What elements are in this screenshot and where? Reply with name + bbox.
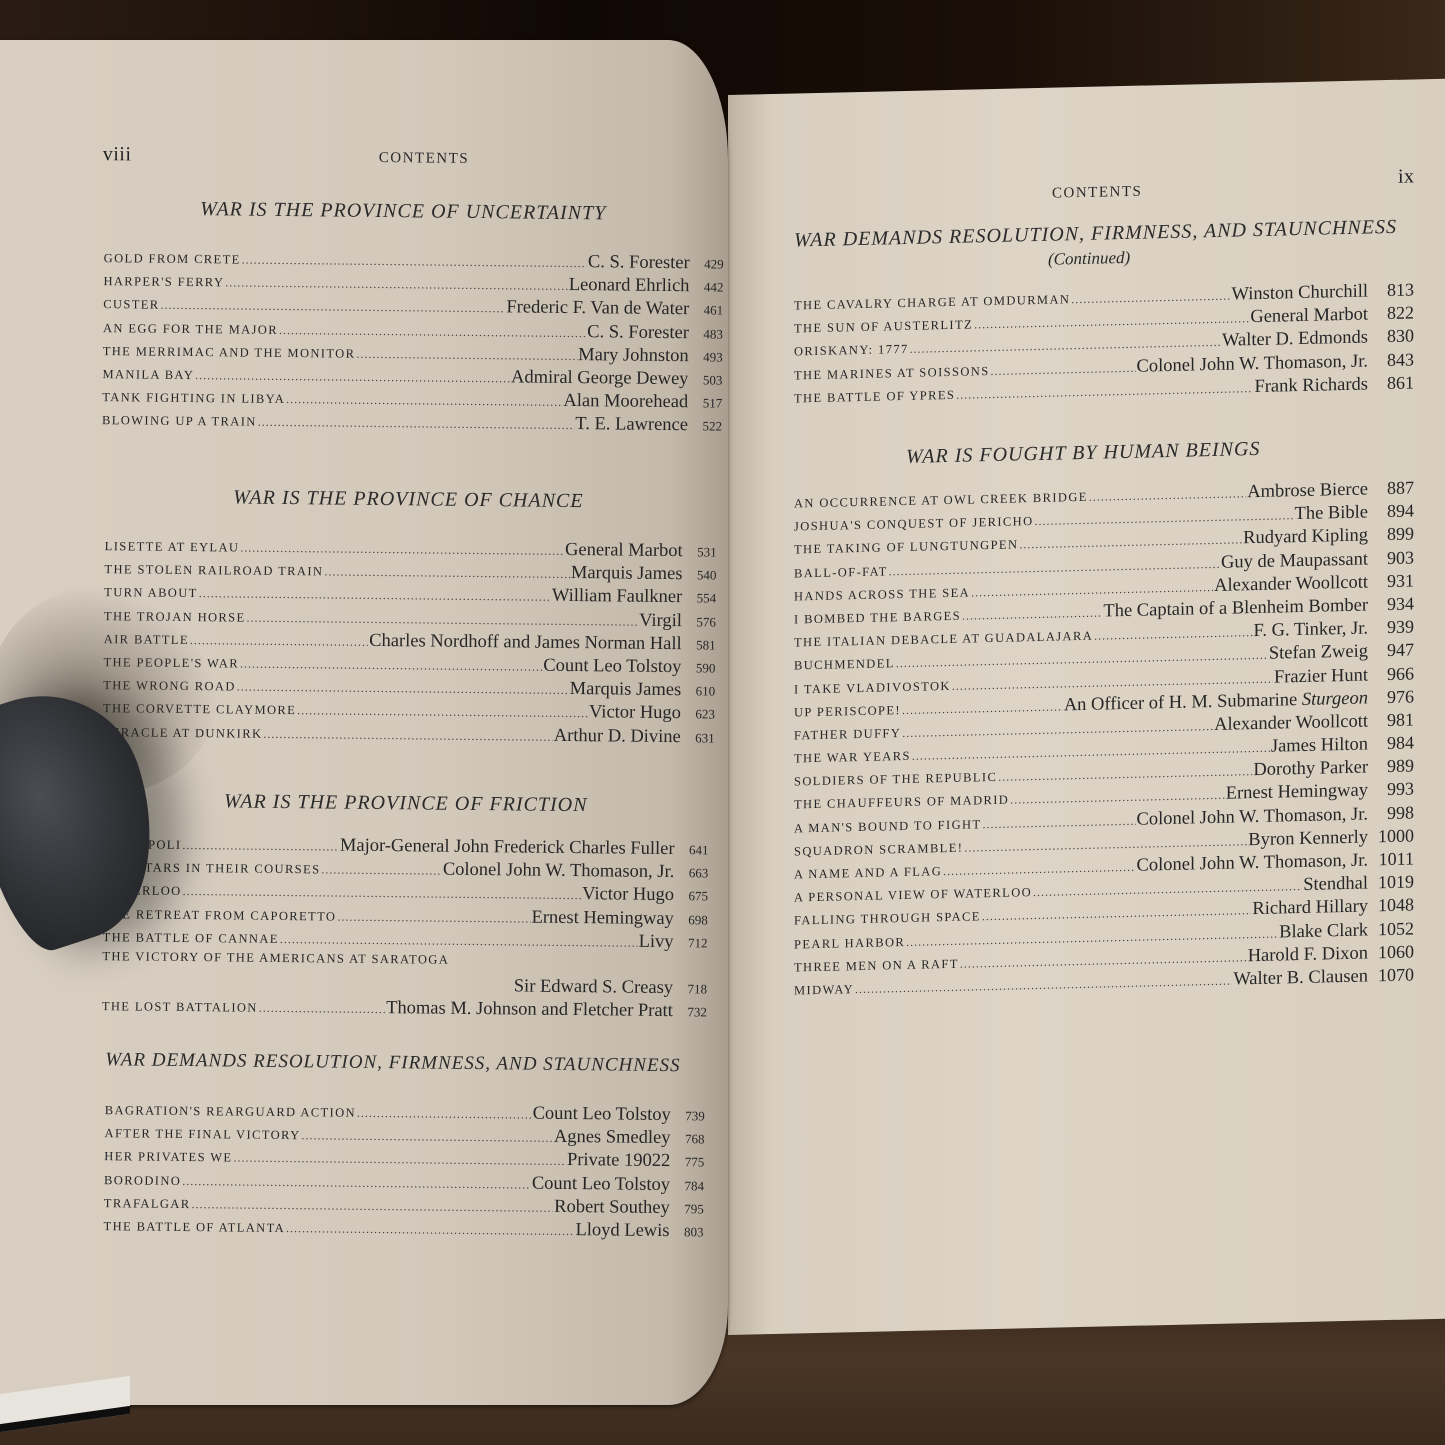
author-name: Colonel John W. Thomason, Jr. bbox=[1137, 804, 1368, 829]
entry-page-number: 813 bbox=[1368, 279, 1414, 301]
entry-title: Tank Fighting in Libya bbox=[102, 390, 285, 407]
entry-author: Livy bbox=[639, 931, 674, 952]
entry-author: Victor Hugo bbox=[582, 885, 674, 907]
entry-page-number: 517 bbox=[688, 395, 722, 411]
author-name: Rudyard Kipling bbox=[1243, 526, 1368, 549]
entry-page-number: 784 bbox=[670, 1178, 704, 1194]
entry-page-number: 531 bbox=[683, 544, 717, 560]
section-title: WAR IS THE PROVINCE OF CHANCE bbox=[233, 486, 584, 513]
entry-author: Byron Kennerly bbox=[1248, 827, 1368, 851]
entry-title: The Retreat from Caporetto bbox=[103, 907, 337, 924]
entry-title: The Victory of the Americans at Saratoga bbox=[102, 949, 449, 968]
page-number: viii bbox=[103, 143, 132, 166]
entry-page-number: 1060 bbox=[1368, 941, 1414, 963]
dot-leader bbox=[286, 1221, 575, 1239]
dot-leader bbox=[191, 1197, 553, 1216]
entry-title: Falling Through Space bbox=[794, 910, 981, 929]
entry-title: Lisette at Eylau bbox=[105, 539, 240, 555]
dot-leader bbox=[242, 253, 587, 272]
author-name: Richard Hillary bbox=[1252, 897, 1368, 920]
entry-author: General Marbot bbox=[565, 540, 683, 562]
entry-author: The Bible bbox=[1295, 503, 1368, 526]
dot-leader bbox=[956, 381, 1253, 403]
entry-author: Virgil bbox=[639, 610, 682, 631]
dot-leader bbox=[1094, 625, 1252, 644]
entry-author: Agnes Smedley bbox=[554, 1127, 671, 1149]
dot-leader bbox=[1019, 533, 1242, 553]
dot-leader bbox=[1010, 788, 1224, 808]
entry-author: Ambrose Bierce bbox=[1247, 479, 1368, 503]
dot-leader bbox=[183, 884, 582, 903]
entry-page-number: 718 bbox=[673, 981, 707, 997]
entry-title: A Name and a Flag bbox=[794, 864, 942, 882]
entry-title: The Taking of Lungtungpen bbox=[794, 538, 1018, 558]
entry-author: Count Leo Tolstoy bbox=[532, 1173, 670, 1195]
author-name: Sir Edward S. Creasy bbox=[514, 976, 673, 998]
entry-page-number: 976 bbox=[1368, 686, 1414, 708]
entry-title: The Merrimac and the Monitor bbox=[103, 344, 356, 362]
dot-leader bbox=[258, 415, 575, 433]
author-name: Colonel John W. Thomason, Jr. bbox=[1137, 351, 1368, 376]
dot-leader bbox=[280, 932, 638, 951]
entry-author: Stendhal bbox=[1303, 874, 1368, 896]
entry-page-number: 461 bbox=[689, 303, 723, 319]
entry-author: F. G. Tinker, Jr. bbox=[1254, 619, 1368, 643]
dot-leader bbox=[301, 1128, 553, 1146]
entry-page-number: 984 bbox=[1368, 732, 1414, 754]
entry-title: Trafalgar bbox=[104, 1196, 191, 1212]
entry-title: After the Final Victory bbox=[104, 1126, 300, 1143]
entry-author: C. S. Forester bbox=[588, 252, 690, 274]
entry-author: C. S. Forester bbox=[587, 322, 689, 344]
entry-title: Ball-of-Fat bbox=[794, 564, 888, 581]
entry-author: Private 19022 bbox=[567, 1150, 670, 1172]
toc-list: GallipoliMajor-General John Frederick Ch… bbox=[102, 833, 709, 1025]
entry-author: James Hilton bbox=[1271, 735, 1368, 758]
entry-author: General Marbot bbox=[1250, 305, 1368, 329]
dot-leader bbox=[259, 1001, 386, 1017]
entry-author: Thomas M. Johnson and Fletcher Pratt bbox=[386, 998, 673, 1022]
entry-title: The Lost Battalion bbox=[102, 999, 258, 1016]
entry-page-number: 1000 bbox=[1368, 825, 1414, 847]
entry-page-number: 822 bbox=[1368, 303, 1414, 325]
author-name: C. S. Forester bbox=[588, 252, 690, 273]
author-name: Byron Kennerly bbox=[1248, 827, 1368, 850]
entry-author: Ernest Hemingway bbox=[1226, 781, 1368, 805]
author-name: Count Leo Tolstoy bbox=[532, 1173, 670, 1194]
entry-page-number: 493 bbox=[689, 349, 723, 365]
entry-author: Rudyard Kipling bbox=[1243, 526, 1368, 550]
author-name: Agnes Smedley bbox=[554, 1127, 671, 1148]
dot-leader bbox=[357, 1106, 532, 1123]
author-name: Ernest Hemingway bbox=[1226, 781, 1368, 804]
author-name: Frederic F. Van de Water bbox=[506, 298, 689, 320]
section-title: WAR IS THE PROVINCE OF FRICTION bbox=[224, 790, 588, 817]
dot-leader bbox=[225, 276, 568, 295]
entry-author: Ernest Hemingway bbox=[531, 907, 674, 929]
entry-title: A Man's Bound to Fight bbox=[794, 817, 981, 836]
section-title: WAR DEMANDS RESOLUTION, FIRMNESS, AND ST… bbox=[794, 216, 1397, 253]
author-name: Arthur D. Divine bbox=[554, 725, 681, 746]
toc-list: The Cavalry Charge at OmdurmanWinston Ch… bbox=[794, 279, 1414, 409]
entry-title: I Take Vladivostok bbox=[794, 678, 951, 697]
entry-author: Admiral George Dewey bbox=[511, 367, 689, 390]
entry-page-number: 610 bbox=[681, 683, 715, 699]
dot-leader bbox=[279, 323, 586, 341]
dot-leader bbox=[160, 298, 505, 317]
entry-title: The Battle of Atlanta bbox=[104, 1219, 286, 1236]
entry-author: Leonard Ehrlich bbox=[569, 275, 690, 297]
author-name: Ambrose Bierce bbox=[1247, 479, 1368, 502]
dot-leader bbox=[240, 541, 564, 559]
author-name: Walter D. Edmonds bbox=[1222, 328, 1368, 351]
author-name: Major-General John Frederick Charles Ful… bbox=[340, 836, 675, 860]
entry-page-number: 899 bbox=[1368, 524, 1414, 546]
entry-page-number: 894 bbox=[1368, 501, 1414, 523]
author-name: The Bible bbox=[1295, 503, 1368, 525]
dot-leader bbox=[337, 909, 530, 926]
entry-title: Soldiers of the Republic bbox=[794, 770, 997, 790]
author-name: Leonard Ehrlich bbox=[569, 275, 690, 296]
page-number: ix bbox=[1398, 165, 1415, 188]
entry-page-number: 903 bbox=[1368, 547, 1414, 569]
author-name: Winston Churchill bbox=[1232, 281, 1368, 304]
author-name: James Hilton bbox=[1271, 735, 1368, 757]
entry-title: The Cavalry Charge at Omdurman bbox=[794, 292, 1070, 313]
entry-page-number: 483 bbox=[689, 326, 723, 342]
author-name: Guy de Maupassant bbox=[1221, 549, 1368, 572]
entry-title: The Battle of Ypres bbox=[794, 388, 955, 407]
entry-title: Custer bbox=[103, 297, 159, 313]
author-name: C. S. Forester bbox=[587, 322, 689, 343]
entry-title: An Egg for the Major bbox=[103, 321, 278, 338]
toc-entry: The Lost BattalionThomas M. Johnson and … bbox=[102, 995, 707, 1025]
dot-leader bbox=[324, 565, 570, 583]
entry-author: Alexander Woollcott bbox=[1214, 572, 1368, 596]
entry-title: The Stolen Railroad Train bbox=[104, 562, 323, 579]
entry-title: Gold from Crete bbox=[104, 251, 241, 267]
entry-title: Up Periscope! bbox=[794, 703, 901, 720]
entry-title: Pearl Harbor bbox=[794, 935, 905, 953]
entry-author: Frederic F. Van de Water bbox=[506, 298, 689, 321]
dot-leader bbox=[998, 764, 1252, 785]
entry-page-number: 429 bbox=[690, 256, 724, 272]
entry-author: William Faulkner bbox=[552, 586, 682, 608]
author-name: Walter B. Clausen bbox=[1233, 966, 1368, 989]
entry-title: Borodino bbox=[104, 1173, 181, 1189]
dot-leader bbox=[233, 1151, 566, 1169]
entry-page-number: 503 bbox=[688, 372, 722, 388]
entry-author: Victor Hugo bbox=[589, 703, 681, 725]
entry-page-number: 887 bbox=[1368, 477, 1414, 499]
author-name: Colonel John W. Thomason, Jr. bbox=[1137, 850, 1368, 875]
dot-leader bbox=[190, 633, 368, 650]
author-name: F. G. Tinker, Jr. bbox=[1254, 619, 1368, 642]
entry-title: Three Men on a Raft bbox=[794, 957, 959, 976]
entry-page-number: 554 bbox=[682, 591, 716, 607]
entry-author: Guy de Maupassant bbox=[1221, 549, 1368, 573]
dot-leader bbox=[1071, 289, 1230, 308]
author-name: Admiral George Dewey bbox=[511, 367, 689, 389]
spacer bbox=[102, 987, 514, 991]
author-name: Stendhal bbox=[1303, 874, 1368, 895]
entry-title: Buchmendel bbox=[794, 657, 895, 674]
entry-author: Major-General John Frederick Charles Ful… bbox=[340, 836, 675, 861]
entry-page-number: 803 bbox=[669, 1224, 703, 1240]
entry-page-number: 934 bbox=[1368, 593, 1414, 615]
entry-title: Harper's Ferry bbox=[103, 274, 224, 290]
dot-leader bbox=[263, 726, 553, 744]
section-title: WAR IS THE PROVINCE OF UNCERTAINTY bbox=[200, 198, 606, 225]
entry-author: Sir Edward S. Creasy bbox=[514, 976, 674, 999]
author-name: Victor Hugo bbox=[582, 885, 674, 906]
entry-title: Joshua's Conquest of Jericho bbox=[794, 514, 1034, 534]
entry-author: Frazier Hunt bbox=[1274, 665, 1368, 688]
author-name: Robert Southey bbox=[554, 1197, 670, 1218]
entry-page-number: 712 bbox=[673, 935, 707, 951]
author-name: Ernest Hemingway bbox=[531, 907, 674, 928]
entry-page-number: 732 bbox=[673, 1004, 707, 1020]
author-name: Stefan Zweig bbox=[1269, 642, 1368, 664]
entry-author: T. E. Lawrence bbox=[575, 414, 688, 436]
dot-leader bbox=[855, 973, 1232, 997]
author-name: Count Leo Tolstoy bbox=[543, 656, 681, 677]
entry-page-number: 931 bbox=[1368, 570, 1414, 592]
entry-author: Robert Southey bbox=[554, 1197, 670, 1219]
dot-leader bbox=[1033, 879, 1302, 900]
entry-page-number: 1019 bbox=[1368, 872, 1414, 894]
entry-page-number: 1070 bbox=[1368, 964, 1414, 986]
author-name: Mary Johnston bbox=[578, 345, 689, 366]
author-name: Virgil bbox=[639, 610, 682, 630]
dot-leader bbox=[182, 1174, 531, 1193]
entry-author: Alan Moorehead bbox=[563, 391, 688, 413]
author-name: Livy bbox=[639, 931, 674, 951]
entry-page-number: 590 bbox=[681, 660, 715, 676]
entry-page-number: 939 bbox=[1368, 617, 1414, 639]
entry-page-number: 1052 bbox=[1368, 918, 1414, 940]
section-title: WAR IS FOUGHT BY HUMAN BEINGS bbox=[906, 438, 1260, 469]
entry-page-number: 775 bbox=[670, 1154, 704, 1170]
entry-author: Dorothy Parker bbox=[1253, 758, 1368, 782]
entry-author: Marquis James bbox=[570, 679, 682, 701]
entry-page-number: 698 bbox=[674, 912, 708, 928]
entry-page-number: 795 bbox=[670, 1201, 704, 1217]
entry-title: Her Privates We bbox=[104, 1150, 232, 1166]
toc-list: Bagration's Rearguard ActionCount Leo To… bbox=[103, 1099, 704, 1244]
entry-page-number: 1048 bbox=[1368, 895, 1414, 917]
toc-list: Gold from CreteC. S. Forester429Harper's… bbox=[102, 247, 724, 439]
entry-title: Hands Across the Sea bbox=[794, 585, 970, 604]
dot-leader bbox=[974, 311, 1249, 332]
author-name: An Officer of H. M. Submarine bbox=[1064, 690, 1297, 715]
entry-author: Stefan Zweig bbox=[1269, 642, 1368, 665]
entry-page-number: 966 bbox=[1368, 663, 1414, 685]
dot-leader bbox=[182, 838, 339, 855]
entry-page-number: 998 bbox=[1368, 802, 1414, 824]
dot-leader bbox=[286, 392, 562, 410]
running-head: CONTENTS bbox=[1052, 184, 1142, 203]
entry-author: Lloyd Lewis bbox=[575, 1220, 669, 1242]
entry-title: Bagration's Rearguard Action bbox=[105, 1103, 356, 1121]
dot-leader bbox=[991, 360, 1136, 378]
dot-leader bbox=[962, 605, 1102, 623]
dot-leader bbox=[297, 703, 588, 721]
author-name: Count Leo Tolstoy bbox=[533, 1104, 671, 1125]
entry-page-number: 581 bbox=[682, 637, 716, 653]
author-name: Harold F. Dixon bbox=[1248, 943, 1368, 966]
entry-page-number: 830 bbox=[1368, 326, 1414, 348]
dot-leader bbox=[247, 610, 639, 629]
author-name: William Faulkner bbox=[552, 586, 682, 607]
entry-page-number: 989 bbox=[1368, 756, 1414, 778]
entry-author: Blake Clark bbox=[1279, 920, 1368, 943]
dot-leader bbox=[199, 586, 551, 605]
entry-author: Harold F. Dixon bbox=[1248, 943, 1368, 967]
toc-entry: The Battle of AtlantaLloyd Lewis803 bbox=[103, 1215, 703, 1244]
entry-page-number: 843 bbox=[1368, 349, 1414, 371]
entry-author: Walter B. Clausen bbox=[1233, 966, 1368, 990]
author-name: Colonel John W. Thomason, Jr. bbox=[443, 860, 675, 882]
entry-page-number: 641 bbox=[674, 842, 708, 858]
entry-author: Winston Churchill bbox=[1232, 281, 1368, 305]
entry-page-number: 993 bbox=[1368, 779, 1414, 801]
entry-page-number: 631 bbox=[681, 730, 715, 746]
dot-leader bbox=[902, 699, 1063, 718]
entry-page-number: 768 bbox=[670, 1131, 704, 1147]
entry-author: Mary Johnston bbox=[578, 345, 689, 367]
entry-title: Oriskany: 1777 bbox=[794, 342, 909, 360]
author-name: Charles Nordhoff and James Norman Hall bbox=[369, 631, 682, 654]
author-name: General Marbot bbox=[565, 540, 683, 561]
entry-author: Count Leo Tolstoy bbox=[543, 656, 681, 678]
entry-page-number: 861 bbox=[1368, 372, 1414, 394]
entry-title: The Sun of Austerlitz bbox=[794, 318, 973, 337]
author-name: Lloyd Lewis bbox=[575, 1220, 669, 1241]
entry-title: Midway bbox=[794, 982, 854, 998]
entry-page-number: 663 bbox=[674, 865, 708, 881]
entry-page-number: 522 bbox=[688, 419, 722, 435]
author-name: Thomas M. Johnson and Fletcher Pratt bbox=[386, 998, 673, 1021]
entry-title: The Chauffeurs of Madrid bbox=[794, 793, 1009, 813]
entry-author: Walter D. Edmonds bbox=[1222, 328, 1368, 352]
dot-leader bbox=[982, 813, 1135, 831]
author-name: Victor Hugo bbox=[589, 703, 681, 724]
dot-leader bbox=[1089, 486, 1246, 505]
entry-page-number: 540 bbox=[682, 567, 716, 583]
entry-author: Charles Nordhoff and James Norman Hall bbox=[369, 631, 682, 655]
entry-page-number: 947 bbox=[1368, 640, 1414, 662]
dot-leader bbox=[237, 680, 569, 698]
author-italic: Sturgeon bbox=[1302, 688, 1368, 710]
author-name: Frank Richards bbox=[1254, 374, 1368, 397]
entry-title: Manila Bay bbox=[102, 367, 194, 383]
author-name: Alexander Woollcott bbox=[1214, 572, 1368, 595]
dot-leader bbox=[240, 656, 542, 674]
dot-leader bbox=[982, 903, 1252, 924]
entry-page-number: 739 bbox=[671, 1108, 705, 1124]
dot-leader bbox=[943, 860, 1135, 879]
author-name: Blake Clark bbox=[1279, 920, 1368, 942]
entry-page-number: 623 bbox=[681, 706, 715, 722]
entry-title: Blowing up a Train bbox=[102, 413, 257, 430]
dot-leader bbox=[195, 368, 510, 386]
entry-title: A Personal View of Waterloo bbox=[794, 885, 1032, 905]
entry-author: Frank Richards bbox=[1254, 374, 1368, 398]
dot-leader bbox=[356, 346, 577, 363]
entry-title: The Battle of Cannae bbox=[103, 930, 279, 947]
entry-page-number: 442 bbox=[689, 279, 723, 295]
dot-leader bbox=[1035, 508, 1294, 529]
entry-title: Father Duffy bbox=[794, 726, 901, 743]
entry-title: The War Years bbox=[794, 749, 911, 767]
author-name: Frazier Hunt bbox=[1274, 665, 1368, 687]
author-name: Marquis James bbox=[570, 679, 682, 700]
toc-list: An Occurrence at Owl Creek BridgeAmbrose… bbox=[794, 477, 1414, 1001]
entry-author: Alexander Woollcott bbox=[1214, 711, 1368, 735]
author-name: Marquis James bbox=[571, 563, 683, 584]
author-name: Private 19022 bbox=[567, 1150, 670, 1171]
entry-author: Arthur D. Divine bbox=[554, 725, 681, 747]
author-name: General Marbot bbox=[1250, 305, 1368, 328]
author-name: T. E. Lawrence bbox=[575, 414, 688, 435]
dot-leader bbox=[321, 863, 442, 879]
dot-leader bbox=[971, 580, 1213, 600]
right-page: CONTENTS ix WAR DEMANDS RESOLUTION, FIRM… bbox=[728, 79, 1445, 1335]
entry-title: The Marines at Soissons bbox=[794, 364, 990, 383]
author-name: Alexander Woollcott bbox=[1214, 711, 1368, 734]
running-head: CONTENTS bbox=[379, 150, 470, 168]
entry-page-number: 1011 bbox=[1368, 848, 1414, 870]
entry-author: Count Leo Tolstoy bbox=[533, 1104, 671, 1126]
entry-page-number: 576 bbox=[682, 614, 716, 630]
entry-title: Squadron Scramble! bbox=[794, 840, 963, 859]
author-name: Dorothy Parker bbox=[1253, 758, 1368, 781]
entry-title: I Bombed the Barges bbox=[794, 609, 961, 628]
entry-author: Marquis James bbox=[571, 563, 683, 585]
section-title: WAR DEMANDS RESOLUTION, FIRMNESS, AND ST… bbox=[105, 1049, 680, 1077]
section-subtitle: (Continued) bbox=[1048, 248, 1130, 270]
author-name: Alan Moorehead bbox=[563, 391, 688, 412]
entry-author: Richard Hillary bbox=[1252, 897, 1368, 921]
entry-author: Colonel John W. Thomason, Jr. bbox=[443, 860, 675, 883]
entry-page-number: 675 bbox=[674, 888, 708, 904]
entry-page-number: 981 bbox=[1368, 709, 1414, 731]
